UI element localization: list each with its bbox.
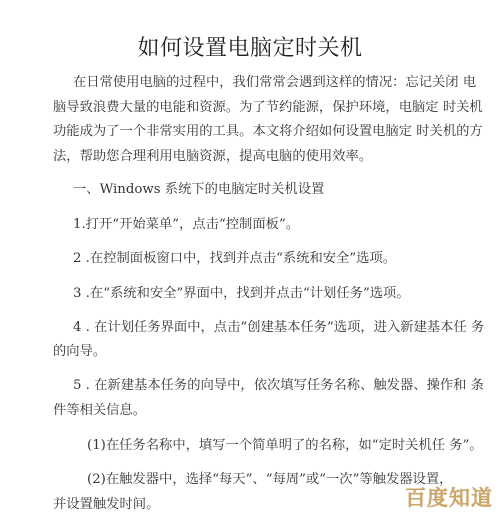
section-heading: 一、Windows 系统下的电脑定时关机设置 — [73, 182, 324, 198]
step-1: 1.打开“开始菜单”，点击“控制面板”。 — [73, 217, 299, 233]
step-4: 4 . 在计划任务界面中，点击“创建基本任务”选项，进入新建基本任 务 — [73, 320, 484, 336]
step-5: 5 . 在新建基本任务的向导中，依次填写任务名称、触发器、操作和 条 — [73, 378, 484, 394]
intro-line-2: 脑导致浪费大量的电能和资源。为了节约能源，保护环境，电脑定 时关机 — [53, 100, 483, 116]
step-2: 2 .在控制面板窗口中，找到并点击“系统和安全”选项。 — [73, 251, 396, 267]
substep-2-continued: 并设置触发时间。 — [53, 497, 159, 513]
intro-line-4: 法，帮助您合理利用电脑资源，提高电脑的使用效率。 — [53, 149, 372, 165]
document-title: 如何设置电脑定时关机 — [0, 36, 500, 62]
document-page: 如何设置电脑定时关机 在日常使用电脑的过程中，我们常常会遇到这样的情况：忘记关闭… — [0, 0, 500, 517]
substep-2: (2)在触发器中，选择“每天”、“每周”或“一次”等触发器设置， — [87, 472, 452, 488]
step-4-continued: 的向导。 — [53, 344, 106, 360]
step-3: 3 .在“系统和安全”界面中，找到并点击“计划任务”选项。 — [73, 286, 410, 302]
baidu-zhidao-watermark: 百度知道 — [405, 482, 493, 512]
intro-line-3: 功能成为了一个非常实用的工具。本文将介绍如何设置电脑定 时关机的方 — [53, 124, 483, 140]
substep-1: (1)在任务名称中，填写一个简单明了的名称，如“定时关机任 务”。 — [87, 438, 483, 454]
step-5-continued: 件等相关信息。 — [53, 403, 146, 419]
intro-line-1: 在日常使用电脑的过程中，我们常常会遇到这样的情况：忘记关闭 电 — [73, 75, 476, 91]
